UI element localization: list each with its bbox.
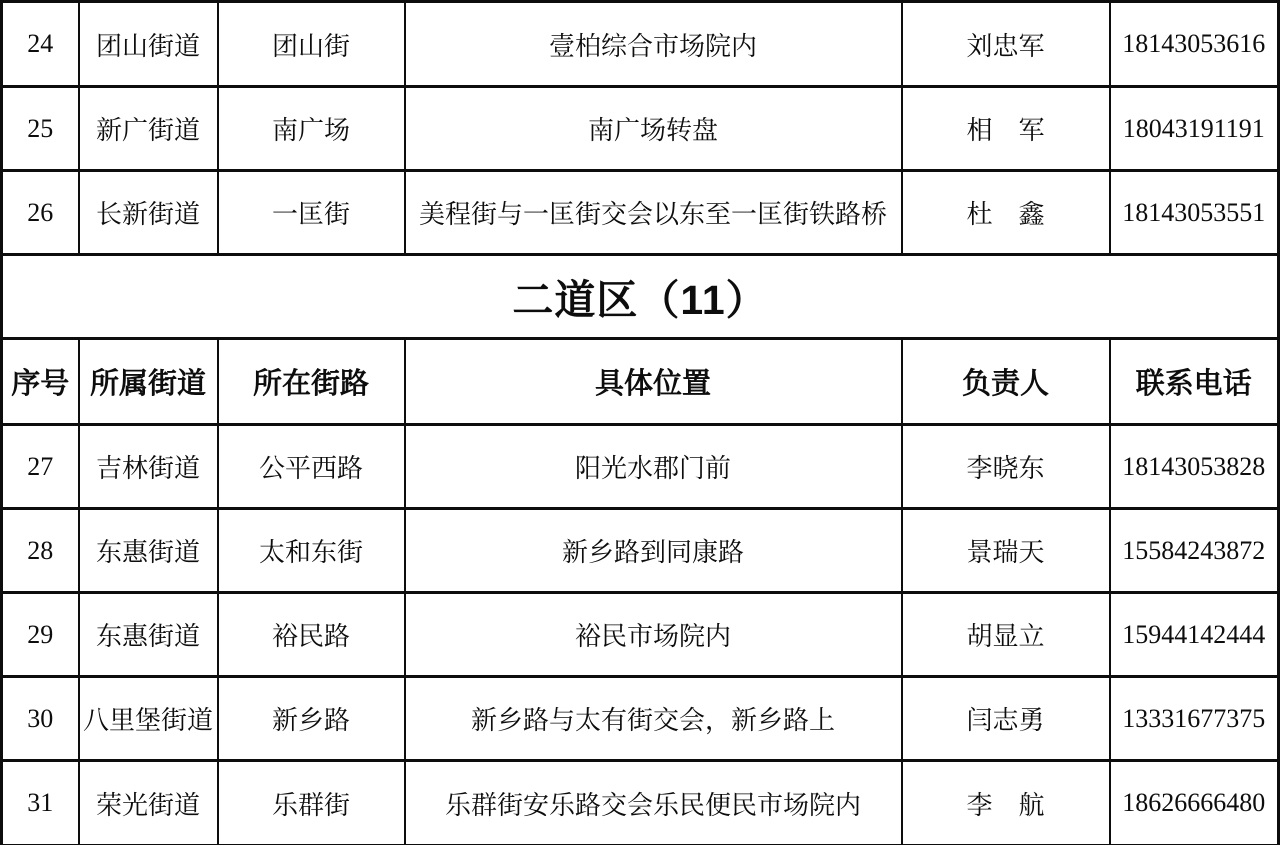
phone-cell: 18143053828 xyxy=(1110,425,1279,509)
document-page: 24 团山街道 团山街 壹柏综合市场院内 刘忠军 18143053616 25 … xyxy=(0,0,1280,845)
contacts-table: 24 团山街道 团山街 壹柏综合市场院内 刘忠军 18143053616 25 … xyxy=(0,0,1280,845)
location-cell: 新乡路与太有街交会，新乡路上 xyxy=(405,677,902,761)
table-row: 26 长新街道 一匡街 美程街与一匡街交会以东至一匡街铁路桥 杜 鑫 18143… xyxy=(2,171,1279,255)
serial-cell: 24 xyxy=(2,2,79,87)
serial-cell: 30 xyxy=(2,677,79,761)
person-cell: 李晓东 xyxy=(902,425,1110,509)
street-cell: 长新街道 xyxy=(79,171,218,255)
table-row: 24 团山街道 团山街 壹柏综合市场院内 刘忠军 18143053616 xyxy=(2,2,1279,87)
road-cell: 一匡街 xyxy=(218,171,405,255)
location-cell: 美程街与一匡街交会以东至一匡街铁路桥 xyxy=(405,171,902,255)
street-cell: 东惠街道 xyxy=(79,509,218,593)
person-cell: 胡显立 xyxy=(902,593,1110,677)
location-cell: 新乡路到同康路 xyxy=(405,509,902,593)
person-cell: 刘忠军 xyxy=(902,2,1110,87)
street-cell: 东惠街道 xyxy=(79,593,218,677)
location-cell: 乐群街安乐路交会乐民便民市场院内 xyxy=(405,761,902,845)
road-cell: 新乡路 xyxy=(218,677,405,761)
phone-cell: 13331677375 xyxy=(1110,677,1279,761)
person-cell: 闫志勇 xyxy=(902,677,1110,761)
street-cell: 新广街道 xyxy=(79,87,218,171)
street-cell: 团山街道 xyxy=(79,2,218,87)
table-row: 27 吉林街道 公平西路 阳光水郡门前 李晓东 18143053828 xyxy=(2,425,1279,509)
street-cell: 吉林街道 xyxy=(79,425,218,509)
location-cell: 阳光水郡门前 xyxy=(405,425,902,509)
phone-cell: 15944142444 xyxy=(1110,593,1279,677)
serial-cell: 29 xyxy=(2,593,79,677)
person-cell: 杜 鑫 xyxy=(902,171,1110,255)
col-header-serial: 序号 xyxy=(2,339,79,425)
serial-cell: 25 xyxy=(2,87,79,171)
location-cell: 壹柏综合市场院内 xyxy=(405,2,902,87)
street-cell: 八里堡街道 xyxy=(79,677,218,761)
person-cell: 相 军 xyxy=(902,87,1110,171)
road-cell: 裕民路 xyxy=(218,593,405,677)
person-cell: 景瑞天 xyxy=(902,509,1110,593)
location-cell: 南广场转盘 xyxy=(405,87,902,171)
section-title-row: 二道区（11） xyxy=(2,255,1279,339)
street-cell: 荣光街道 xyxy=(79,761,218,845)
col-header-road: 所在街路 xyxy=(218,339,405,425)
table-row: 29 东惠街道 裕民路 裕民市场院内 胡显立 15944142444 xyxy=(2,593,1279,677)
table-row: 30 八里堡街道 新乡路 新乡路与太有街交会，新乡路上 闫志勇 13331677… xyxy=(2,677,1279,761)
table-header-row: 序号 所属街道 所在街路 具体位置 负责人 联系电话 xyxy=(2,339,1279,425)
road-cell: 太和东街 xyxy=(218,509,405,593)
road-cell: 乐群街 xyxy=(218,761,405,845)
phone-cell: 18043191191 xyxy=(1110,87,1279,171)
phone-cell: 18143053551 xyxy=(1110,171,1279,255)
col-header-person: 负责人 xyxy=(902,339,1110,425)
road-cell: 团山街 xyxy=(218,2,405,87)
section-title: 二道区（11） xyxy=(2,255,1279,339)
serial-cell: 28 xyxy=(2,509,79,593)
person-cell: 李 航 xyxy=(902,761,1110,845)
road-cell: 南广场 xyxy=(218,87,405,171)
phone-cell: 18626666480 xyxy=(1110,761,1279,845)
table-row: 31 荣光街道 乐群街 乐群街安乐路交会乐民便民市场院内 李 航 1862666… xyxy=(2,761,1279,845)
serial-cell: 26 xyxy=(2,171,79,255)
road-cell: 公平西路 xyxy=(218,425,405,509)
col-header-phone: 联系电话 xyxy=(1110,339,1279,425)
col-header-location: 具体位置 xyxy=(405,339,902,425)
location-cell: 裕民市场院内 xyxy=(405,593,902,677)
phone-cell: 15584243872 xyxy=(1110,509,1279,593)
col-header-street: 所属街道 xyxy=(79,339,218,425)
phone-cell: 18143053616 xyxy=(1110,2,1279,87)
table-row: 25 新广街道 南广场 南广场转盘 相 军 18043191191 xyxy=(2,87,1279,171)
table-row: 28 东惠街道 太和东街 新乡路到同康路 景瑞天 15584243872 xyxy=(2,509,1279,593)
serial-cell: 31 xyxy=(2,761,79,845)
serial-cell: 27 xyxy=(2,425,79,509)
